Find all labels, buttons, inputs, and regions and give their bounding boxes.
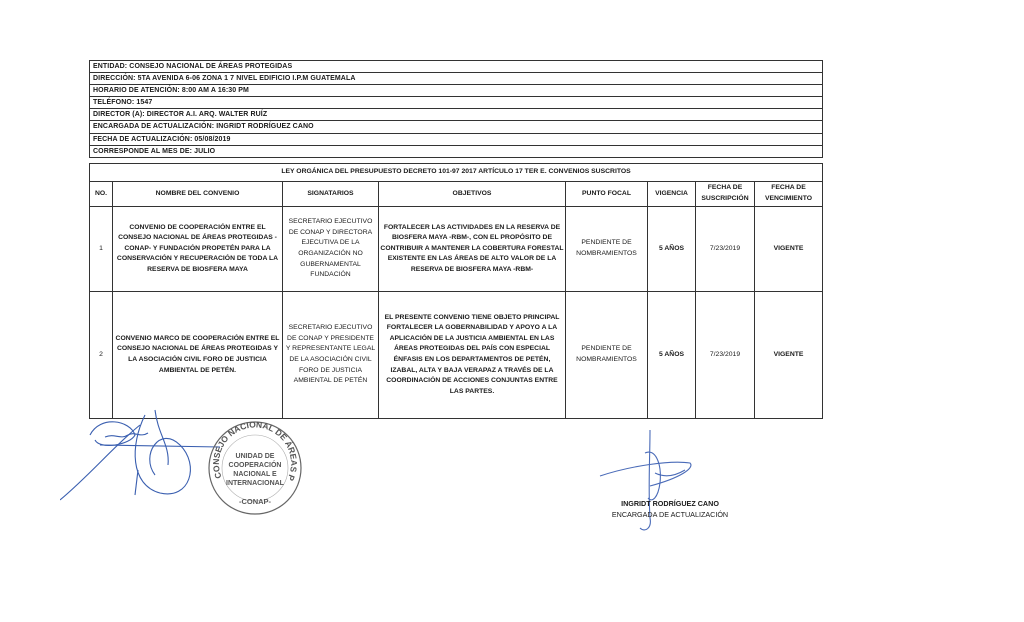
table-row: 2 CONVENIO MARCO DE COOPERACIÓN ENTRE EL… <box>90 292 823 419</box>
info-telefono: TELÉFONO: 1547 <box>90 97 822 109</box>
header-signatarios: SIGNATARIOS <box>283 182 379 207</box>
header-fecha-vencimiento: FECHA DE VENCIMIENTO <box>755 182 823 207</box>
header-punto-focal: PUNTO FOCAL <box>566 182 648 207</box>
cell-vigencia: 5 AÑOS <box>648 292 696 419</box>
stamp-line-2: COOPERACIÓN <box>229 460 282 469</box>
cell-punto-focal: PENDIENTE DE NOMBRAMIENTOS <box>566 292 648 419</box>
cell-no: 1 <box>90 207 113 292</box>
cell-fecha-vencimiento: VIGENTE <box>755 207 823 292</box>
header-no: NO. <box>90 182 113 207</box>
cell-fecha-suscripcion: 7/23/2019 <box>696 292 755 419</box>
cell-signatarios: SECRETARIO EJECUTIVO DE CONAP Y DIRECTOR… <box>283 207 379 292</box>
header-objetivos: OBJETIVOS <box>379 182 566 207</box>
cell-vigencia: 5 AÑOS <box>648 207 696 292</box>
info-entidad: ENTIDAD: CONSEJO NACIONAL DE ÁREAS PROTE… <box>90 61 822 73</box>
cell-signatarios: SECRETARIO EJECUTIVO DE CONAP Y PRESIDEN… <box>283 292 379 419</box>
signer-role: ENCARGADA DE ACTUALIZACIÓN <box>600 509 740 520</box>
cell-fecha-suscripcion: 7/23/2019 <box>696 207 755 292</box>
header-nombre: NOMBRE DEL CONVENIO <box>113 182 283 207</box>
info-direccion: DIRECCIÓN: 5TA AVENIDA 6-06 ZONA 1 7 NIV… <box>90 73 822 85</box>
cell-objetivos: EL PRESENTE CONVENIO TIENE OBJETO PRINCI… <box>379 292 566 419</box>
signature-encargada-icon <box>590 428 710 538</box>
stamp-line-1: UNIDAD DE <box>236 453 275 460</box>
info-horario: HORARIO DE ATENCIÓN: 8:00 AM A 16:30 PM <box>90 85 822 97</box>
stamp-line-3: NACIONAL E <box>233 471 277 478</box>
info-director: DIRECTOR (A): DIRECTOR A.I. ARQ. WALTER … <box>90 109 822 121</box>
info-mes: CORRESPONDE AL MES DE: JULIO <box>90 146 822 158</box>
table-header-row: NO. NOMBRE DEL CONVENIO SIGNATARIOS OBJE… <box>90 182 823 207</box>
cell-nombre: CONVENIO MARCO DE COOPERACIÓN ENTRE EL C… <box>113 292 283 419</box>
conap-stamp-icon: CONSEJO NACIONAL DE ÁREAS PROTEGIDAS UNI… <box>205 418 305 518</box>
stamp-bottom: -CONAP- <box>239 497 272 506</box>
convenios-table: LEY ORGÁNICA DEL PRESUPUESTO DECRETO 101… <box>89 163 823 419</box>
signer-name: INGRIDT RODRÍGUEZ CANO <box>600 498 740 509</box>
cell-punto-focal: PENDIENTE DE NOMBRAMIENTOS <box>566 207 648 292</box>
table-title-row: LEY ORGÁNICA DEL PRESUPUESTO DECRETO 101… <box>90 164 823 182</box>
table-row: 1 CONVENIO DE COOPERACIÓN ENTRE EL CONSE… <box>90 207 823 292</box>
info-encargada: ENCARGADA DE ACTUALIZACIÓN: INGRIDT RODR… <box>90 121 822 133</box>
table-title: LEY ORGÁNICA DEL PRESUPUESTO DECRETO 101… <box>90 164 823 182</box>
header-fecha-suscripcion: FECHA DE SUSCRIPCIÓN <box>696 182 755 207</box>
entity-info-box: ENTIDAD: CONSEJO NACIONAL DE ÁREAS PROTE… <box>89 60 823 158</box>
signer-block: INGRIDT RODRÍGUEZ CANO ENCARGADA DE ACTU… <box>600 498 740 520</box>
cell-no: 2 <box>90 292 113 419</box>
info-fecha-actualizacion: FECHA DE ACTUALIZACIÓN: 05/08/2019 <box>90 134 822 146</box>
cell-objetivos: FORTALECER LAS ACTIVIDADES EN LA RESERVA… <box>379 207 566 292</box>
cell-nombre: CONVENIO DE COOPERACIÓN ENTRE EL CONSEJO… <box>113 207 283 292</box>
header-vigencia: VIGENCIA <box>648 182 696 207</box>
cell-fecha-vencimiento: VIGENTE <box>755 292 823 419</box>
stamp-line-4: INTERNACIONAL <box>226 480 285 487</box>
